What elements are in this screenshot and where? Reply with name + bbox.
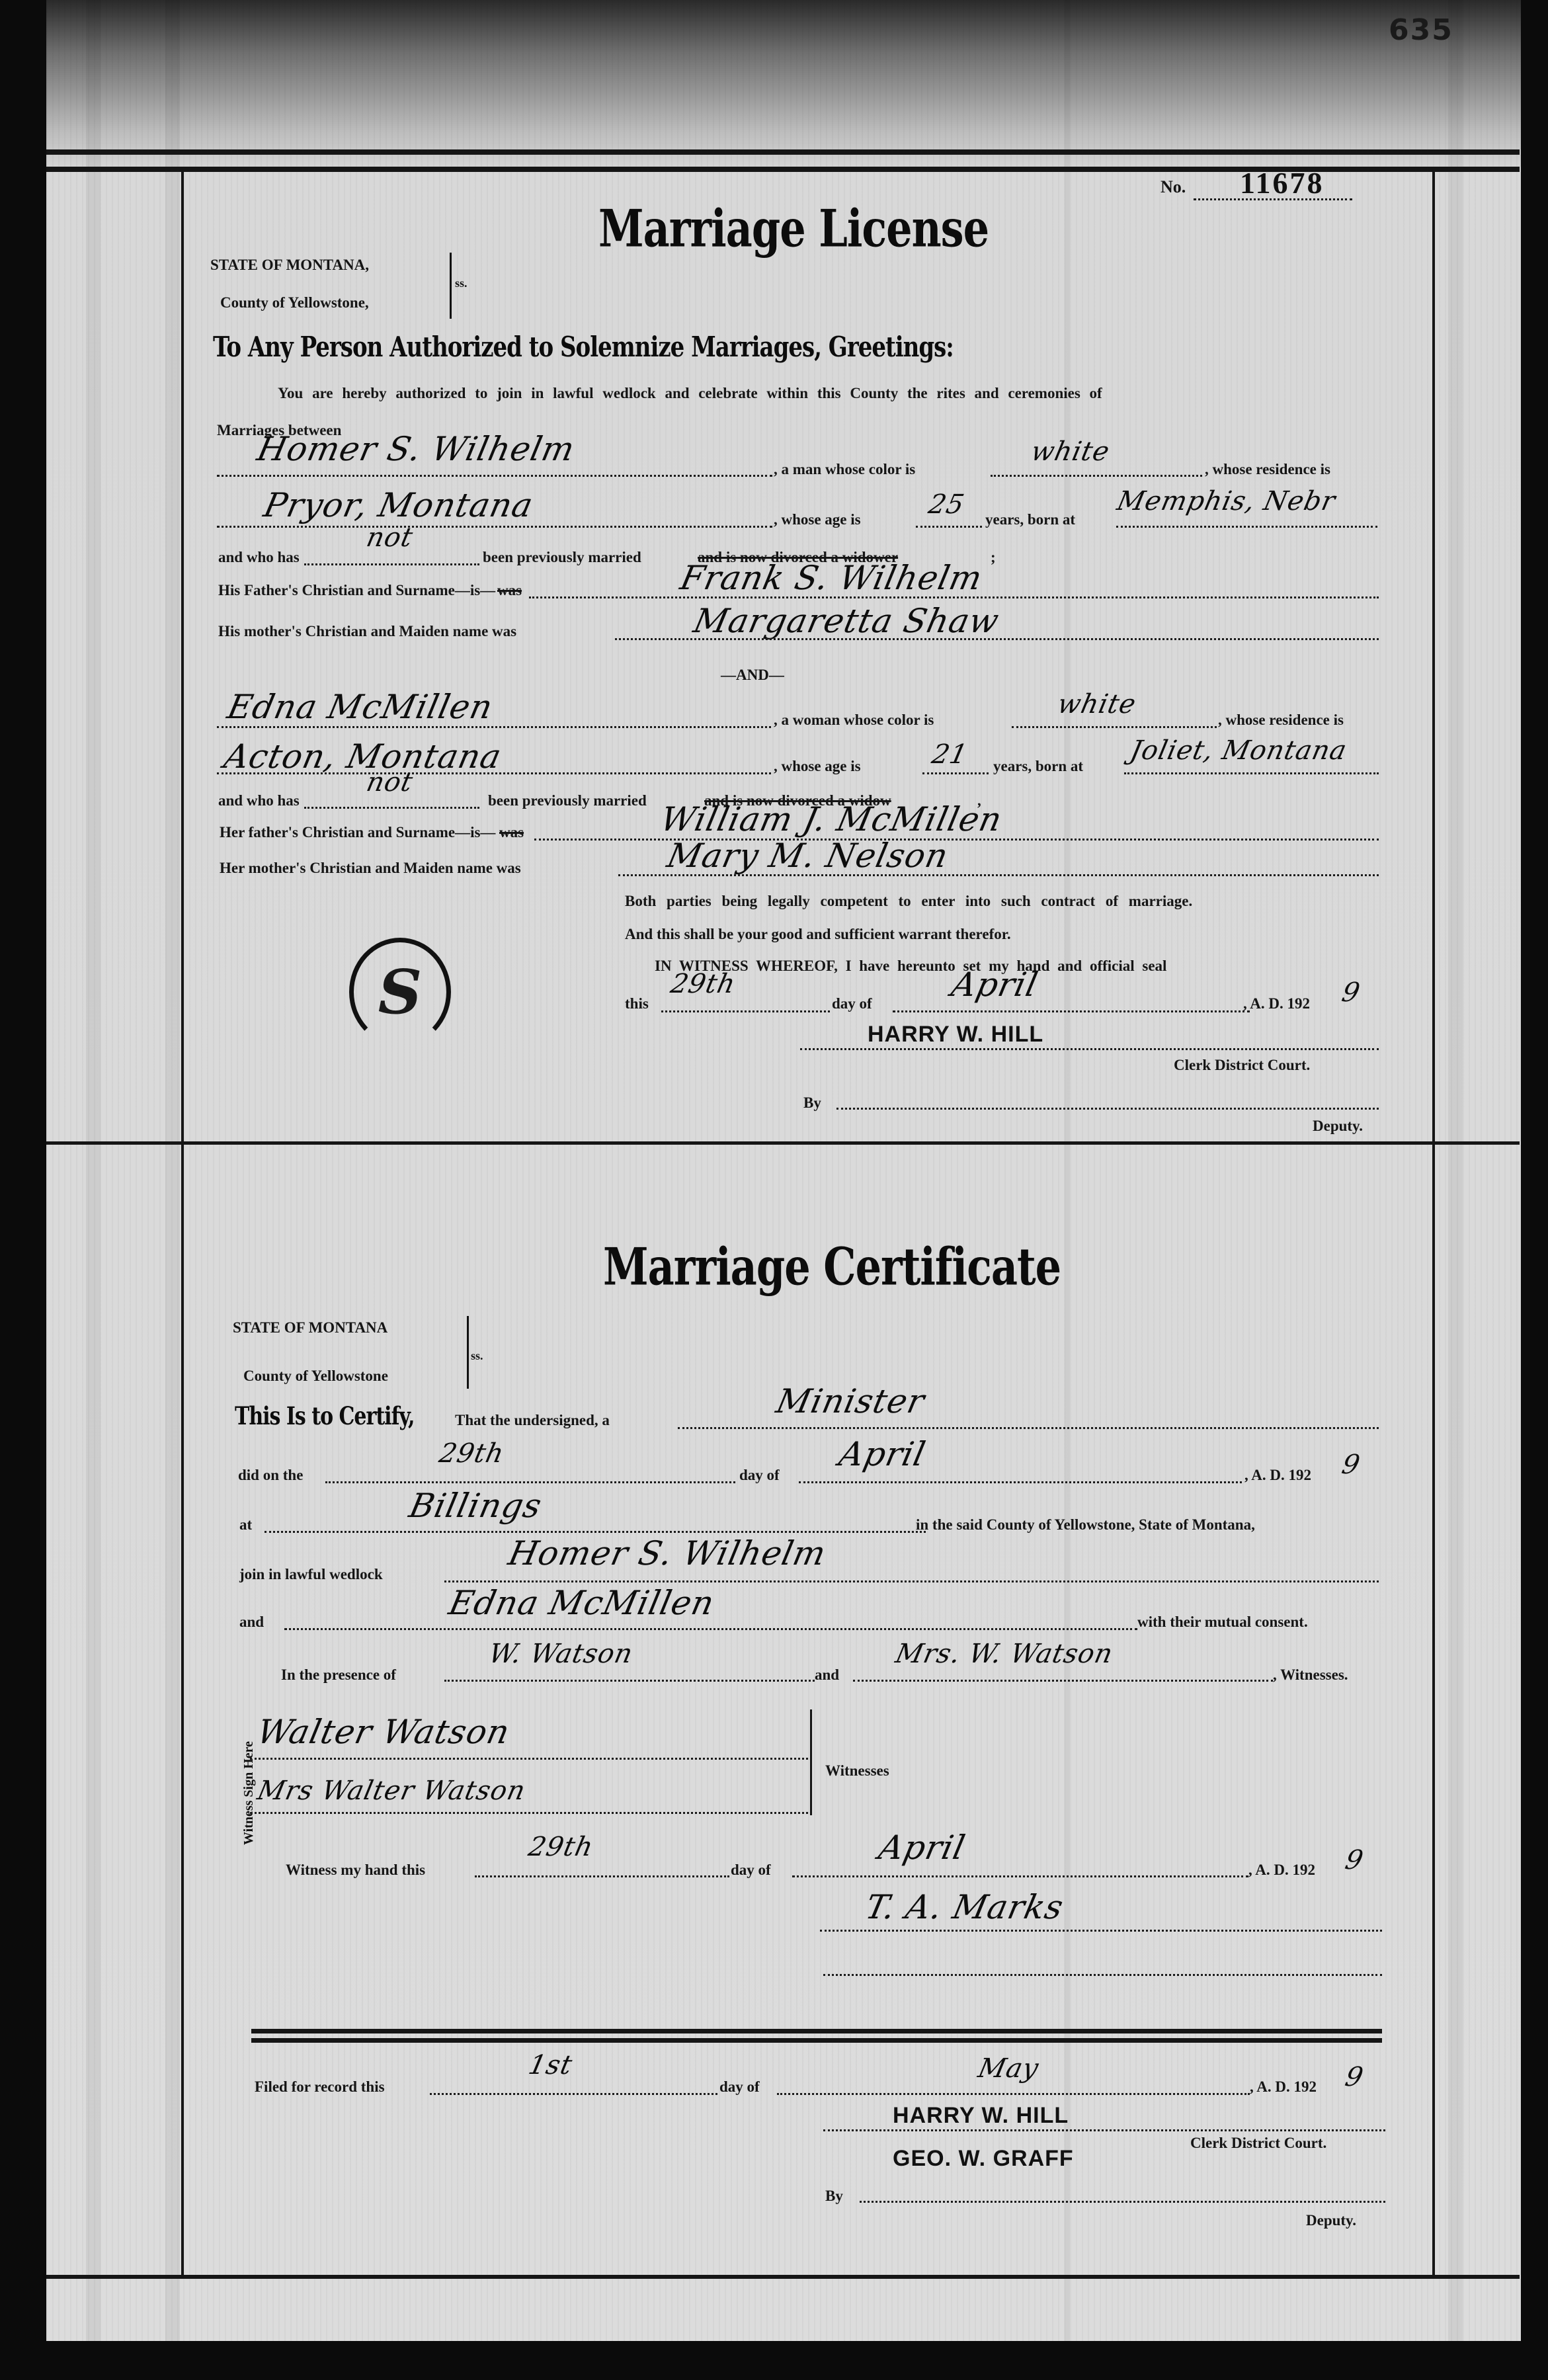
certificate-groom-line	[444, 1580, 1379, 1582]
witness-signature-1-line	[250, 1758, 812, 1760]
certificate-month-line	[799, 1481, 1242, 1483]
license-month-line	[893, 1010, 1250, 1012]
certificate-title: Marriage Certificate	[603, 1237, 1061, 1297]
bride-born-label: years, born at	[993, 758, 1083, 775]
license-clerk-title: Clerk District Court.	[1174, 1057, 1310, 1074]
certificate-witness1-line	[444, 1680, 815, 1682]
groom-age-line	[916, 526, 982, 528]
bride-age-label: , whose age is	[774, 758, 861, 775]
license-deputy-line	[836, 1108, 1379, 1110]
bride-married-line	[304, 807, 479, 809]
certificate-day-line	[325, 1481, 735, 1483]
groom-mother-label: His mother's Christian and Maiden name w…	[218, 623, 516, 640]
license-day-of-label: day of	[832, 995, 872, 1012]
bride-mother: Mary M. Nelson	[664, 837, 952, 875]
groom-mother-line	[615, 638, 1379, 640]
groom-color: white	[1028, 436, 1112, 467]
certificate-county: County of Yellowstone	[243, 1368, 388, 1385]
certificate-officiant-role: Minister	[773, 1382, 928, 1420]
license-venue-bracket	[444, 253, 452, 319]
certificate-hand-day-of: day of	[731, 1862, 771, 1879]
certificate-presence-label: In the presence of	[281, 1666, 396, 1684]
filing-ad-label: , A. D. 192	[1250, 2078, 1317, 2096]
county-seal: S	[349, 938, 451, 1046]
certificate-venue-bracket	[462, 1316, 469, 1389]
license-deputy-label: Deputy.	[1313, 1118, 1363, 1135]
bride-color-line	[1012, 726, 1217, 728]
license-ad-label: , A. D. 192	[1243, 995, 1310, 1012]
frame-left	[181, 169, 184, 2279]
header-rule-top	[46, 149, 1520, 155]
certificate-day: 29th	[436, 1438, 507, 1469]
bride-residence-label: , whose residence is	[1218, 712, 1344, 729]
license-county: County of Yellowstone,	[220, 294, 369, 311]
groom-residence: Pryor, Montana	[261, 486, 537, 524]
bride-age-line	[922, 772, 989, 774]
filing-day: 1st	[526, 2050, 575, 2080]
bottom-rule	[46, 2275, 1520, 2279]
certificate-did-on-label: did on the	[238, 1467, 303, 1484]
license-and: —AND—	[721, 667, 784, 684]
witness-signature-1: Walter Watson	[254, 1713, 514, 1751]
license-number: 11678	[1240, 165, 1324, 200]
bride-residence-line	[217, 772, 771, 774]
license-intro-line1: You are hereby authorized to join in law…	[278, 385, 1102, 402]
bride-name: Edna McMillen	[224, 688, 497, 726]
groom-married-line	[304, 563, 479, 565]
bride-father: William J. McMillen	[657, 800, 1006, 839]
officiant-signature-line	[820, 1930, 1382, 1932]
groom-birthplace-line	[1116, 526, 1377, 528]
groom-married-value: not	[364, 522, 416, 553]
certificate-presence-and: and	[815, 1666, 839, 1684]
filing-deputy-line	[860, 2201, 1385, 2203]
filing-month: May	[975, 2053, 1041, 2084]
certificate-consent-label: with their mutual consent.	[1137, 1614, 1308, 1631]
frame-right	[1432, 169, 1435, 2279]
bride-color-label: , a woman whose color is	[774, 712, 934, 729]
license-by-label: By	[803, 1094, 821, 1112]
bride-mother-label: Her mother's Christian and Maiden name w…	[220, 860, 521, 877]
filing-deputy-stamp: GEO. W. GRAFF	[893, 2146, 1074, 2172]
certificate-bride: Edna McMillen	[446, 1584, 718, 1622]
certificate-hand-label: Witness my hand this	[286, 1862, 425, 1879]
bride-father-struck: was	[499, 824, 524, 841]
certificate-hand-day-line	[475, 1875, 729, 1877]
section-divider	[46, 1141, 1520, 1145]
officiant-signature: T. A. Marks	[862, 1888, 1067, 1926]
filing-clerk-stamp: HARRY W. HILL	[893, 2103, 1069, 2129]
certificate-hand-month-line	[792, 1875, 1248, 1877]
groom-born-label: years, born at	[985, 511, 1075, 528]
groom-residence-line	[217, 526, 772, 528]
certificate-and-label: and	[239, 1614, 264, 1631]
certificate-certify-lead: This Is to Certify,	[235, 1402, 414, 1431]
bride-married-prefix: and who has	[218, 792, 300, 809]
license-competent-line: Both parties being legally competent to …	[625, 893, 1192, 910]
witness-sign-here-label: Witness Sign Here	[241, 1741, 257, 1845]
groom-birthplace: Memphis, Nebr	[1114, 486, 1338, 516]
groom-father: Frank S. Wilhelm	[677, 559, 986, 597]
license-clerk-line	[800, 1048, 1379, 1050]
certificate-groom: Homer S. Wilhelm	[505, 1534, 830, 1573]
filing-by-label: By	[825, 2188, 843, 2205]
filing-day-of-label: day of	[719, 2078, 760, 2096]
filing-rule-top	[251, 2029, 1382, 2033]
certificate-undersigned-label: That the undersigned, a	[455, 1412, 610, 1429]
license-month: April	[948, 965, 1041, 1004]
groom-color-label: , a man whose color is	[774, 461, 915, 478]
filing-clerk-title: Clerk District Court.	[1190, 2135, 1326, 2152]
license-ss: ss.	[455, 276, 468, 290]
officiant-title-line	[823, 1974, 1382, 1976]
groom-mother: Margaretta Shaw	[690, 602, 1003, 640]
filing-month-line	[777, 2093, 1250, 2095]
license-number-label: No.	[1161, 177, 1186, 197]
filing-deputy-label: Deputy.	[1306, 2212, 1356, 2229]
bride-color: white	[1055, 689, 1139, 719]
certificate-role-line	[678, 1427, 1379, 1429]
filing-label: Filed for record this	[255, 2078, 385, 2096]
groom-married-end: ;	[991, 549, 996, 566]
certificate-ss: ss.	[471, 1349, 483, 1363]
filing-clerk-line	[823, 2129, 1385, 2131]
bride-married-suffix: been previously married	[488, 792, 647, 809]
groom-father-struck: was	[497, 582, 522, 599]
certificate-place-line	[265, 1531, 926, 1533]
certificate-hand-month: April	[876, 1828, 969, 1867]
groom-name: Homer S. Wilhelm	[254, 430, 579, 468]
groom-father-line	[529, 596, 1379, 598]
filing-rule-bottom	[251, 2038, 1382, 2043]
bride-married-value: not	[364, 767, 416, 798]
certificate-witness1: W. Watson	[486, 1639, 635, 1669]
certificate-join-label: join in lawful wedlock	[239, 1566, 383, 1583]
license-greeting: To Any Person Authorized to Solemnize Ma…	[213, 331, 954, 364]
bride-residence: Acton, Montana	[221, 737, 505, 776]
certificate-place-suffix: in the said County of Yellowstone, State…	[916, 1516, 1255, 1534]
witnesses-label: Witnesses	[825, 1762, 889, 1780]
certificate-hand-day: 29th	[526, 1832, 596, 1862]
page-number: 635	[1389, 13, 1453, 47]
witness-box-divider	[810, 1709, 812, 1815]
certificate-day-of-label: day of	[739, 1467, 780, 1484]
certificate-hand-ad: , A. D. 192	[1248, 1862, 1315, 1879]
license-state: STATE OF MONTANA,	[210, 257, 369, 274]
license-day-line	[661, 1010, 830, 1012]
filing-day-line	[430, 2093, 717, 2095]
license-clerk-stamp: HARRY W. HILL	[868, 1022, 1043, 1047]
certificate-month: April	[836, 1435, 929, 1473]
bride-birthplace: Joliet, Montana	[1127, 735, 1350, 766]
license-this-label: this	[625, 995, 649, 1012]
certificate-place: Billings	[406, 1487, 546, 1525]
license-warrant-line: And this shall be your good and sufficie…	[625, 926, 1011, 943]
groom-married-prefix: and who has	[218, 549, 300, 566]
groom-age: 25	[926, 489, 967, 520]
groom-age-label: , whose age is	[774, 511, 861, 528]
groom-married-suffix: been previously married	[483, 549, 641, 566]
certificate-state: STATE OF MONTANA	[233, 1319, 387, 1336]
bride-name-line	[217, 726, 771, 728]
groom-name-line	[217, 475, 772, 477]
bride-father-line	[534, 839, 1379, 841]
bride-birthplace-line	[1124, 772, 1379, 774]
bride-father-label: Her father's Christian and Surname—is—	[220, 824, 495, 841]
certificate-witness2: Mrs. W. Watson	[893, 1639, 1116, 1669]
groom-color-line	[991, 475, 1202, 477]
witness-signature-2: Mrs Walter Watson	[255, 1776, 528, 1806]
groom-father-label: His Father's Christian and Surname—is—	[218, 582, 495, 599]
certificate-ad-label: , A. D. 192	[1244, 1467, 1311, 1484]
certificate-witnesses-suffix: , Witnesses.	[1273, 1666, 1348, 1684]
certificate-witness2-line	[853, 1680, 1273, 1682]
certificate-at-label: at	[239, 1516, 252, 1534]
bride-mother-line	[618, 874, 1379, 876]
groom-residence-label: , whose residence is	[1205, 461, 1330, 478]
seal-monogram-icon: S	[378, 956, 422, 1028]
witness-signature-2-line	[250, 1812, 812, 1814]
license-day: 29th	[668, 969, 739, 999]
certificate-bride-line	[284, 1628, 1137, 1630]
license-title: Marriage License	[598, 198, 989, 259]
bride-age: 21	[929, 739, 971, 770]
